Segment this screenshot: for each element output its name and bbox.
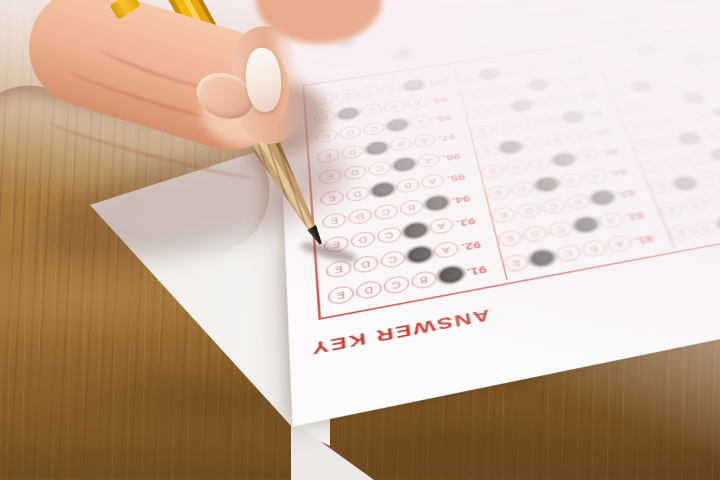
answer-bubble-74-D: D bbox=[662, 154, 689, 170]
far-bubble bbox=[570, 22, 591, 33]
far-bubble bbox=[414, 26, 434, 38]
far-bubble bbox=[363, 33, 383, 45]
far-bubble bbox=[361, 16, 381, 27]
answer-bubble-100-B: B bbox=[380, 82, 402, 96]
far-bubble bbox=[465, 19, 485, 30]
answer-bubble-84-B: B bbox=[558, 172, 584, 189]
answer-bubble-86-C: C bbox=[521, 136, 546, 152]
answer-bubble-75-C-filled: C bbox=[676, 131, 702, 146]
far-bubble bbox=[469, 36, 490, 48]
answer-bubble-89-C: C bbox=[505, 81, 528, 95]
answer-bubble-80-D: D bbox=[615, 47, 638, 60]
answer-bubble-94-A-filled: A bbox=[424, 195, 450, 213]
answer-bubble-83-A-filled: A bbox=[589, 189, 616, 207]
answer-bubble-100-D: D bbox=[335, 89, 357, 103]
far-bubble bbox=[309, 23, 328, 34]
question-number: 93. bbox=[454, 213, 489, 228]
answer-bubble-98-B-filled: B bbox=[386, 118, 409, 133]
question-number: 88. bbox=[577, 89, 608, 101]
far-bubble bbox=[520, 29, 541, 41]
answer-bubble-90-D-filled: D bbox=[478, 68, 501, 81]
answer-bubble-92-A: A bbox=[433, 241, 460, 260]
answer-bubble-77-D: D bbox=[637, 98, 662, 112]
answer-bubble-80-A: A bbox=[676, 38, 700, 50]
far-bubble bbox=[666, 8, 688, 19]
far-bubble bbox=[311, 41, 331, 53]
answer-bubble-91-B: B bbox=[410, 270, 438, 291]
answer-bubble-76-D: D bbox=[645, 116, 671, 131]
far-bubble bbox=[444, 40, 465, 52]
answer-bubble-94-B: B bbox=[399, 199, 425, 217]
answer-bubble-95-A: A bbox=[420, 173, 445, 190]
far-bubble bbox=[436, 6, 456, 17]
photo-scene: ANSWER KEY 51.ABCDE52.ABCDE53.ABCDE54.AB… bbox=[0, 0, 720, 480]
question-number: 99. bbox=[429, 93, 460, 105]
answer-bubble-97-D: D bbox=[341, 144, 365, 160]
answer-bubble-99-A: A bbox=[406, 96, 429, 110]
far-bubble bbox=[563, 5, 584, 16]
question-number: 90. bbox=[564, 55, 594, 66]
question-number: 91. bbox=[465, 261, 502, 278]
far-bubble bbox=[411, 10, 431, 21]
answer-bubble-99-C: C bbox=[360, 103, 383, 118]
answer-bubble-82-E: E bbox=[496, 229, 523, 248]
answer-bubble-84-A: A bbox=[582, 168, 609, 185]
far-bubble bbox=[407, 0, 426, 4]
answer-bubble-72-D: D bbox=[681, 197, 709, 215]
answer-bubble-76-B: B bbox=[689, 109, 715, 124]
answer-bubble-86-D-filled: D bbox=[498, 140, 523, 156]
answer-bubble-85-D: D bbox=[504, 159, 530, 175]
answer-bubble-82-A: A bbox=[597, 211, 625, 229]
answer-bubble-79-D: D bbox=[622, 63, 646, 76]
answer-bubble-75-B: B bbox=[699, 127, 720, 142]
answer-bubble-72-C: C bbox=[705, 192, 720, 210]
far-bubble bbox=[333, 4, 352, 15]
answer-bubble-89-E: E bbox=[461, 88, 484, 102]
question-number: 82. bbox=[623, 208, 659, 223]
answer-bubble-87-C: C bbox=[516, 117, 541, 132]
question-number: 97. bbox=[437, 130, 469, 143]
answer-bubble-95-D: D bbox=[345, 186, 370, 203]
question-number: 100. bbox=[425, 76, 455, 87]
far-bubble bbox=[335, 20, 354, 31]
answer-bubble-83-C: C bbox=[540, 198, 567, 216]
far-bubble bbox=[308, 7, 327, 18]
answer-bubble-73-C: C bbox=[695, 171, 720, 188]
answer-bubble-100-C: C bbox=[358, 85, 380, 99]
far-bubble bbox=[539, 9, 560, 20]
answer-bubble-83-E: E bbox=[490, 206, 517, 224]
answer-bubble-96-B-filled: B bbox=[392, 157, 416, 173]
question-number: 95. bbox=[445, 170, 479, 184]
answer-bubble-85-E: E bbox=[480, 163, 505, 180]
answer-bubble-99-B: B bbox=[383, 100, 406, 114]
answer-bubble-93-B-filled: B bbox=[403, 222, 429, 241]
question-number: 98. bbox=[433, 111, 465, 123]
far-bubble bbox=[307, 0, 326, 2]
answer-bubble-82-C: C bbox=[547, 220, 575, 239]
answer-bubble-75-D: D bbox=[654, 135, 680, 151]
answer-bubble-89-A: A bbox=[548, 75, 572, 89]
far-bubble bbox=[386, 13, 406, 24]
answer-bubble-78-A: A bbox=[693, 70, 718, 83]
far-bubble bbox=[418, 43, 439, 55]
answer-bubble-99-D-filled: D bbox=[337, 107, 360, 122]
answer-bubble-98-D: D bbox=[339, 125, 362, 140]
answer-bubble-76-C: C bbox=[667, 112, 693, 127]
far-bubble bbox=[514, 12, 535, 23]
question-number: 89. bbox=[571, 72, 602, 83]
question-number: 84. bbox=[606, 165, 640, 179]
far-bubble bbox=[634, 0, 655, 6]
answer-bubble-81-E: E bbox=[502, 253, 530, 273]
answer-bubble-88-B: B bbox=[532, 95, 556, 109]
answer-bubble-90-A: A bbox=[543, 58, 566, 71]
answer-bubble-90-C: C bbox=[500, 64, 523, 77]
answer-bubble-91-D: D bbox=[355, 280, 382, 301]
answer-bubble-80-B: B bbox=[656, 41, 680, 54]
answer-bubble-100-A-filled: A bbox=[403, 79, 425, 93]
question-number: 85. bbox=[599, 144, 633, 157]
answer-bubble-88-E: E bbox=[465, 106, 489, 121]
far-bubble bbox=[713, 1, 720, 12]
far-bubble bbox=[358, 0, 377, 11]
answer-bubble-81-B: B bbox=[580, 239, 609, 258]
far-bubble bbox=[337, 37, 357, 49]
answer-bubble-71-D: D bbox=[691, 219, 720, 238]
far-bubble bbox=[618, 15, 639, 26]
far-bubble bbox=[545, 25, 566, 37]
answer-bubble-82-D: D bbox=[522, 225, 550, 244]
far-bubble bbox=[389, 30, 409, 42]
answer-bubble-93-A: A bbox=[428, 217, 454, 236]
answer-bubble-73-D-filled: D bbox=[672, 175, 700, 192]
answer-bubble-96-A: A bbox=[416, 153, 441, 169]
far-bubble bbox=[509, 0, 529, 7]
answer-bubble-93-C: C bbox=[376, 226, 402, 245]
answer-bubble-98-C: C bbox=[363, 121, 386, 136]
answer-bubble-98-A: A bbox=[409, 114, 432, 129]
far-bubble bbox=[366, 51, 386, 63]
answer-bubble-87-D: D bbox=[493, 120, 517, 135]
answer-bubble-93-D: D bbox=[350, 231, 376, 250]
answer-bubble-86-A: A bbox=[568, 128, 593, 143]
answer-bubble-91-A-filled: A bbox=[437, 265, 465, 285]
answer-bubble-87-E: E bbox=[470, 124, 494, 139]
answer-bubble-89-B-filled: B bbox=[527, 78, 551, 92]
answer-bubble-90-E: E bbox=[456, 71, 479, 85]
far-bubble bbox=[440, 23, 460, 34]
answer-bubble-87-B: B bbox=[538, 113, 563, 128]
answer-bubble-85-C: C bbox=[527, 156, 553, 172]
answer-bubble-95-C-filled: C bbox=[370, 181, 395, 198]
answer-bubble-87-A-filled: A bbox=[561, 110, 586, 125]
answer-bubble-86-E: E bbox=[475, 143, 500, 159]
far-bubble bbox=[658, 0, 679, 3]
answer-bubble-77-C: C bbox=[659, 94, 684, 108]
answer-bubble-83-D: D bbox=[515, 202, 542, 220]
question-number: 81. bbox=[632, 231, 669, 247]
far-bubble bbox=[690, 4, 712, 15]
answer-bubble-79-B: B bbox=[664, 57, 688, 70]
answer-bubble-74-C: C bbox=[686, 151, 713, 167]
answer-bubble-94-C: C bbox=[373, 203, 398, 221]
question-number: 83. bbox=[614, 186, 649, 201]
far-bubble bbox=[533, 0, 553, 4]
answer-bubble-92-B-filled: B bbox=[406, 245, 433, 265]
question-number: 96. bbox=[441, 149, 474, 162]
far-bubble bbox=[383, 0, 402, 8]
answer-bubble-81-C: C bbox=[554, 244, 582, 264]
far-bubble bbox=[642, 11, 664, 22]
answer-bubble-82-B-filled: B bbox=[572, 216, 600, 234]
answer-bubble-94-D: D bbox=[348, 208, 373, 226]
answer-bubble-91-E: E bbox=[328, 285, 355, 306]
far-bubble bbox=[611, 0, 632, 9]
question-number: 94. bbox=[450, 191, 485, 206]
answer-bubble-96-C: C bbox=[368, 161, 392, 178]
answer-bubble-97-B: B bbox=[389, 137, 413, 153]
answer-bubble-92-C: C bbox=[380, 250, 407, 270]
answer-bubble-79-A-filled: A bbox=[684, 54, 708, 67]
question-number: 79. bbox=[706, 51, 720, 62]
answer-bubble-86-B: B bbox=[545, 132, 570, 148]
answer-bubble-84-D: D bbox=[509, 180, 535, 197]
far-bubble bbox=[490, 16, 511, 27]
answer-bubble-78-B: B bbox=[672, 74, 697, 88]
answer-bubble-90-B: B bbox=[521, 61, 544, 74]
answer-bubble-84-C-filled: C bbox=[534, 176, 560, 193]
answer-bubble-77-B-filled: B bbox=[680, 91, 705, 105]
question-number: 86. bbox=[591, 125, 624, 138]
answer-bubble-97-A: A bbox=[413, 133, 437, 149]
answer-bubble-97-C-filled: C bbox=[365, 141, 389, 157]
answer-bubble-92-E: E bbox=[326, 259, 352, 279]
far-bubble bbox=[392, 47, 413, 59]
answer-bubble-84-E: E bbox=[485, 184, 511, 201]
answer-bubble-88-A: A bbox=[555, 92, 579, 106]
far-bubble bbox=[495, 32, 516, 44]
answer-bubble-85-A: A bbox=[575, 148, 601, 164]
answer-bubble-81-D-filled: D bbox=[528, 249, 556, 269]
far-bubble bbox=[587, 2, 608, 13]
far-bubble bbox=[312, 58, 332, 70]
far-bubble bbox=[339, 55, 359, 67]
answer-bubble-77-A: A bbox=[702, 87, 720, 101]
far-bubble bbox=[432, 0, 451, 1]
far-bubble bbox=[485, 0, 505, 10]
answer-bubble-91-C: C bbox=[383, 275, 410, 296]
answer-bubble-76-A-filled: A bbox=[711, 105, 720, 120]
far-bubble bbox=[460, 3, 480, 14]
answer-bubble-88-D: D bbox=[488, 102, 512, 117]
answer-bubble-80-C-filled: C bbox=[635, 44, 659, 57]
answer-bubble-85-B-filled: B bbox=[551, 152, 577, 168]
answer-bubble-74-B-filled: B bbox=[708, 147, 720, 163]
question-number: 87. bbox=[584, 107, 616, 119]
answer-bubble-89-D: D bbox=[483, 84, 506, 98]
answer-bubble-83-B: B bbox=[565, 193, 592, 211]
answer-bubble-88-C-filled: C bbox=[510, 99, 534, 113]
question-number: 92. bbox=[459, 237, 495, 253]
answer-bubble-81-A: A bbox=[606, 235, 635, 254]
answer-bubble-95-B: B bbox=[395, 177, 420, 194]
answer-bubble-78-C: C bbox=[651, 77, 676, 91]
answer-bubble-78-D-filled: D bbox=[629, 80, 654, 94]
answer-bubble-79-C: C bbox=[643, 60, 667, 73]
far-bubble bbox=[594, 18, 615, 29]
question-number: 80. bbox=[697, 36, 720, 46]
